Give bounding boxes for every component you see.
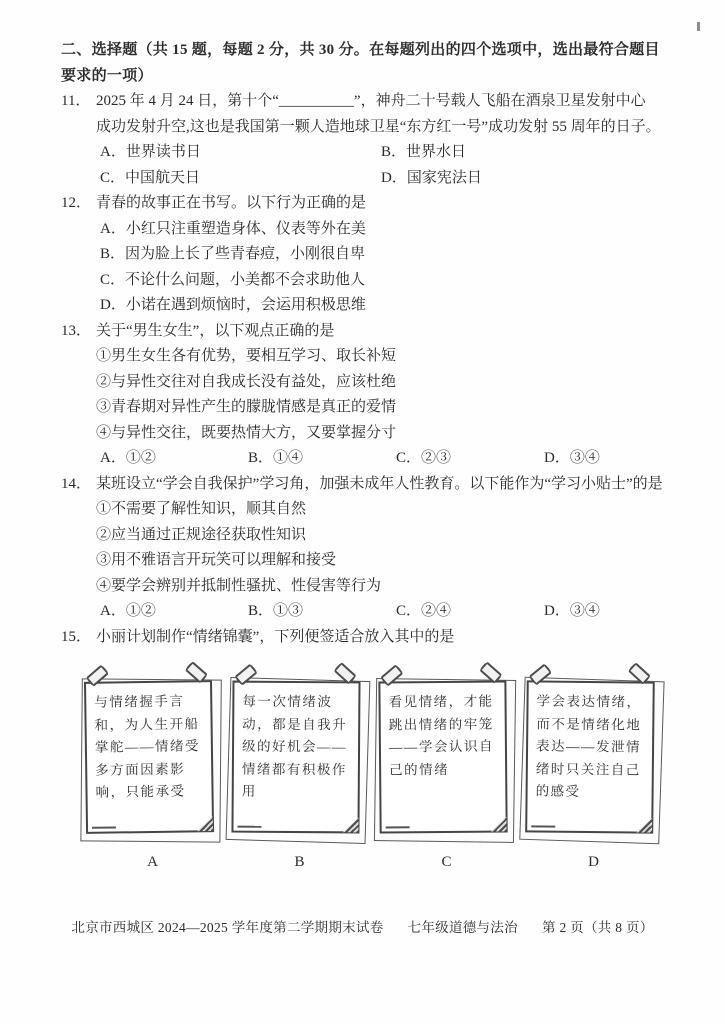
question-15-body: 小丽计划制作“情绪锦囊”，下列便签适合放入其中的是	[96, 625, 677, 651]
question-15-number: 15．	[61, 625, 96, 651]
note-card-d-label: D	[520, 850, 667, 876]
question-11: 11． 2025 年 4 月 24 日，第十个“__________”，神舟二十…	[61, 89, 677, 191]
question-12-number: 12．	[61, 191, 96, 217]
note-card-b-text: 每一次情绪波动，都是自我升级的好机会——情绪都有积极作用	[242, 691, 354, 804]
note-card-b-face: 每一次情绪波动，都是自我升级的好机会——情绪都有积极作用	[231, 681, 360, 834]
question-14-option-a: A．①②	[100, 599, 248, 625]
question-14-option-d: D．③④	[544, 599, 692, 625]
question-14-statement-2: ②应当通过正规途径获取性知识	[96, 523, 692, 549]
note-card-a-label: A	[79, 850, 226, 876]
question-11-stem-line1: 2025 年 4 月 24 日，第十个“__________”，神舟二十号载人飞…	[96, 89, 677, 115]
question-15-stem: 小丽计划制作“情绪锦囊”，下列便签适合放入其中的是	[96, 625, 677, 651]
question-13-number: 13．	[61, 319, 96, 345]
question-12-stem: 青春的故事正在书写。以下行为正确的是	[96, 191, 677, 217]
question-14-statement-1: ①不需要了解性知识，顺其自然	[96, 497, 692, 523]
question-14-number: 14．	[61, 472, 96, 498]
question-12-option-b: B．因为脸上长了些青春痘，小刚很自卑	[96, 242, 677, 268]
question-14-option-c: C．②④	[396, 599, 544, 625]
scan-corner-mark	[697, 22, 700, 31]
note-card-d-text: 学会表达情绪，而不是情绪化地表达——发泄情绪时只关注自己的感受	[535, 690, 647, 804]
question-13-statement-3: ③青春期对异性产生的朦胧情感是真正的爱情	[96, 395, 692, 421]
note-card-d-face: 学会表达情绪，而不是情绪化地表达——发泄情绪时只关注自己的感受	[525, 680, 655, 833]
question-12-option-d: D．小诺在遇到烦恼时，会运用积极思维	[96, 293, 677, 319]
question-13-option-b: B．①④	[248, 446, 396, 472]
note-card-a: 与情绪握手言和，为人生开船掌舵——情绪受多方面因素影响，只能承受	[78, 665, 220, 843]
note-card-c-text: 看见情绪，才能跳出情绪的牢笼——学会认识自己的情绪	[388, 691, 500, 782]
question-14-options: A．①② B．①③ C．②④ D．③④	[96, 599, 692, 625]
question-13-statement-2: ②与异性交往对自我成长没有益处，应该杜绝	[96, 370, 692, 396]
question-12-option-a: A．小红只注重塑造身体、仪表等外在美	[96, 217, 677, 243]
note-underline-mark	[237, 826, 261, 828]
question-15: 15． 小丽计划制作“情绪锦囊”，下列便签适合放入其中的是	[61, 625, 677, 651]
question-13-body: 关于“男生女生”，以下观点正确的是 ①男生女生各有优势，要相互学习、取长补短 ②…	[96, 319, 692, 472]
folded-corner-icon	[491, 816, 507, 831]
question-13: 13． 关于“男生女生”，以下观点正确的是 ①男生女生各有优势，要相互学习、取长…	[61, 319, 677, 472]
note-card-labels: A B C D	[79, 850, 677, 876]
page-footer: 北京市西城区 2024—2025 学年度第二学期期末试卷 七年级道德与法治 第 …	[0, 916, 725, 936]
question-14-statement-3: ③用不雅语言开玩笑可以理解和接受	[96, 548, 692, 574]
note-underline-mark	[386, 826, 410, 828]
question-12: 12． 青春的故事正在书写。以下行为正确的是 A．小红只注重塑造身体、仪表等外在…	[61, 191, 677, 319]
question-13-option-d: D．③④	[544, 446, 692, 472]
note-card-a-face: 与情绪握手言和，为人生开船掌舵——情绪受多方面因素影响，只能承受	[84, 680, 214, 834]
footer-page-number: 第 2 页（共 8 页）	[542, 916, 654, 936]
question-13-statement-4: ④与异性交往，既要热情大方，又要掌握分寸	[96, 421, 692, 447]
question-11-option-b: B．世界水日	[381, 140, 677, 166]
folded-corner-icon	[197, 816, 213, 831]
note-card-b-label: B	[226, 850, 373, 876]
footer-subject: 七年级道德与法治	[408, 916, 518, 936]
note-card-c-face: 看见情绪，才能跳出情绪的牢笼——学会认识自己的情绪	[378, 680, 507, 833]
question-14: 14． 某班设立“学会自我保护”学习角，加强未成年人性教育。以下能作为“学习小贴…	[61, 472, 677, 625]
question-11-body: 2025 年 4 月 24 日，第十个“__________”，神舟二十号载人飞…	[96, 89, 677, 191]
exam-page: 二、选择题（共 15 题，每题 2 分，共 30 分。在每题列出的四个选项中，选…	[0, 0, 725, 1024]
note-cards-row: 与情绪握手言和，为人生开船掌舵——情绪受多方面因素影响，只能承受 每一次情绪波动…	[79, 666, 677, 842]
note-card-a-text: 与情绪握手言和，为人生开船掌舵——情绪受多方面因素影响，只能承受	[94, 690, 207, 804]
question-13-option-a: A．①②	[100, 446, 248, 472]
question-14-stem: 某班设立“学会自我保护”学习角，加强未成年人性教育。以下能作为“学习小贴士”的是	[96, 472, 692, 498]
question-11-option-c: C．中国航天日	[100, 166, 381, 192]
section-heading-line1: 二、选择题（共 15 题，每题 2 分，共 30 分。在每题列出的四个选项中，选…	[61, 38, 677, 64]
note-card-b: 每一次情绪波动，都是自我升级的好机会——情绪都有积极作用	[225, 666, 366, 843]
note-card-c: 看见情绪，才能跳出情绪的牢笼——学会认识自己的情绪	[372, 665, 514, 842]
note-card-d: 学会表达情绪，而不是情绪化地表达——发泄情绪时只关注自己的感受	[519, 665, 661, 842]
folded-corner-icon	[636, 817, 652, 832]
footer-exam-title: 北京市西城区 2024—2025 学年度第二学期期末试卷	[71, 916, 383, 936]
note-underline-mark	[92, 826, 116, 828]
exam-content: 二、选择题（共 15 题，每题 2 分，共 30 分。在每题列出的四个选项中，选…	[61, 38, 677, 876]
question-11-option-a: A．世界读书日	[100, 140, 381, 166]
section-heading-line2: 要求的一项）	[61, 64, 677, 90]
question-14-body: 某班设立“学会自我保护”学习角，加强未成年人性教育。以下能作为“学习小贴士”的是…	[96, 472, 692, 625]
question-12-body: 青春的故事正在书写。以下行为正确的是 A．小红只注重塑造身体、仪表等外在美 B．…	[96, 191, 677, 319]
question-13-statement-1: ①男生女生各有优势，要相互学习、取长补短	[96, 344, 692, 370]
note-card-c-label: C	[373, 850, 520, 876]
question-12-option-c: C．不论什么问题，小美都不会求助他人	[96, 268, 677, 294]
question-11-stem-line2: 成功发射升空,这也是我国第一颗人造地球卫星“东方红一号”成功发射 55 周年的日…	[96, 115, 677, 141]
note-underline-mark	[531, 825, 555, 827]
folded-corner-icon	[342, 817, 358, 832]
question-13-options: A．①② B．①④ C．②③ D．③④	[96, 446, 692, 472]
question-11-options: A．世界读书日 B．世界水日 C．中国航天日 D．国家宪法日	[96, 140, 677, 191]
question-11-option-d: D．国家宪法日	[381, 166, 677, 192]
question-11-number: 11．	[61, 89, 96, 115]
question-13-option-c: C．②③	[396, 446, 544, 472]
question-14-option-b: B．①③	[248, 599, 396, 625]
question-13-stem: 关于“男生女生”，以下观点正确的是	[96, 319, 692, 345]
question-14-statement-4: ④要学会辨别并抵制性骚扰、性侵害等行为	[96, 574, 692, 600]
